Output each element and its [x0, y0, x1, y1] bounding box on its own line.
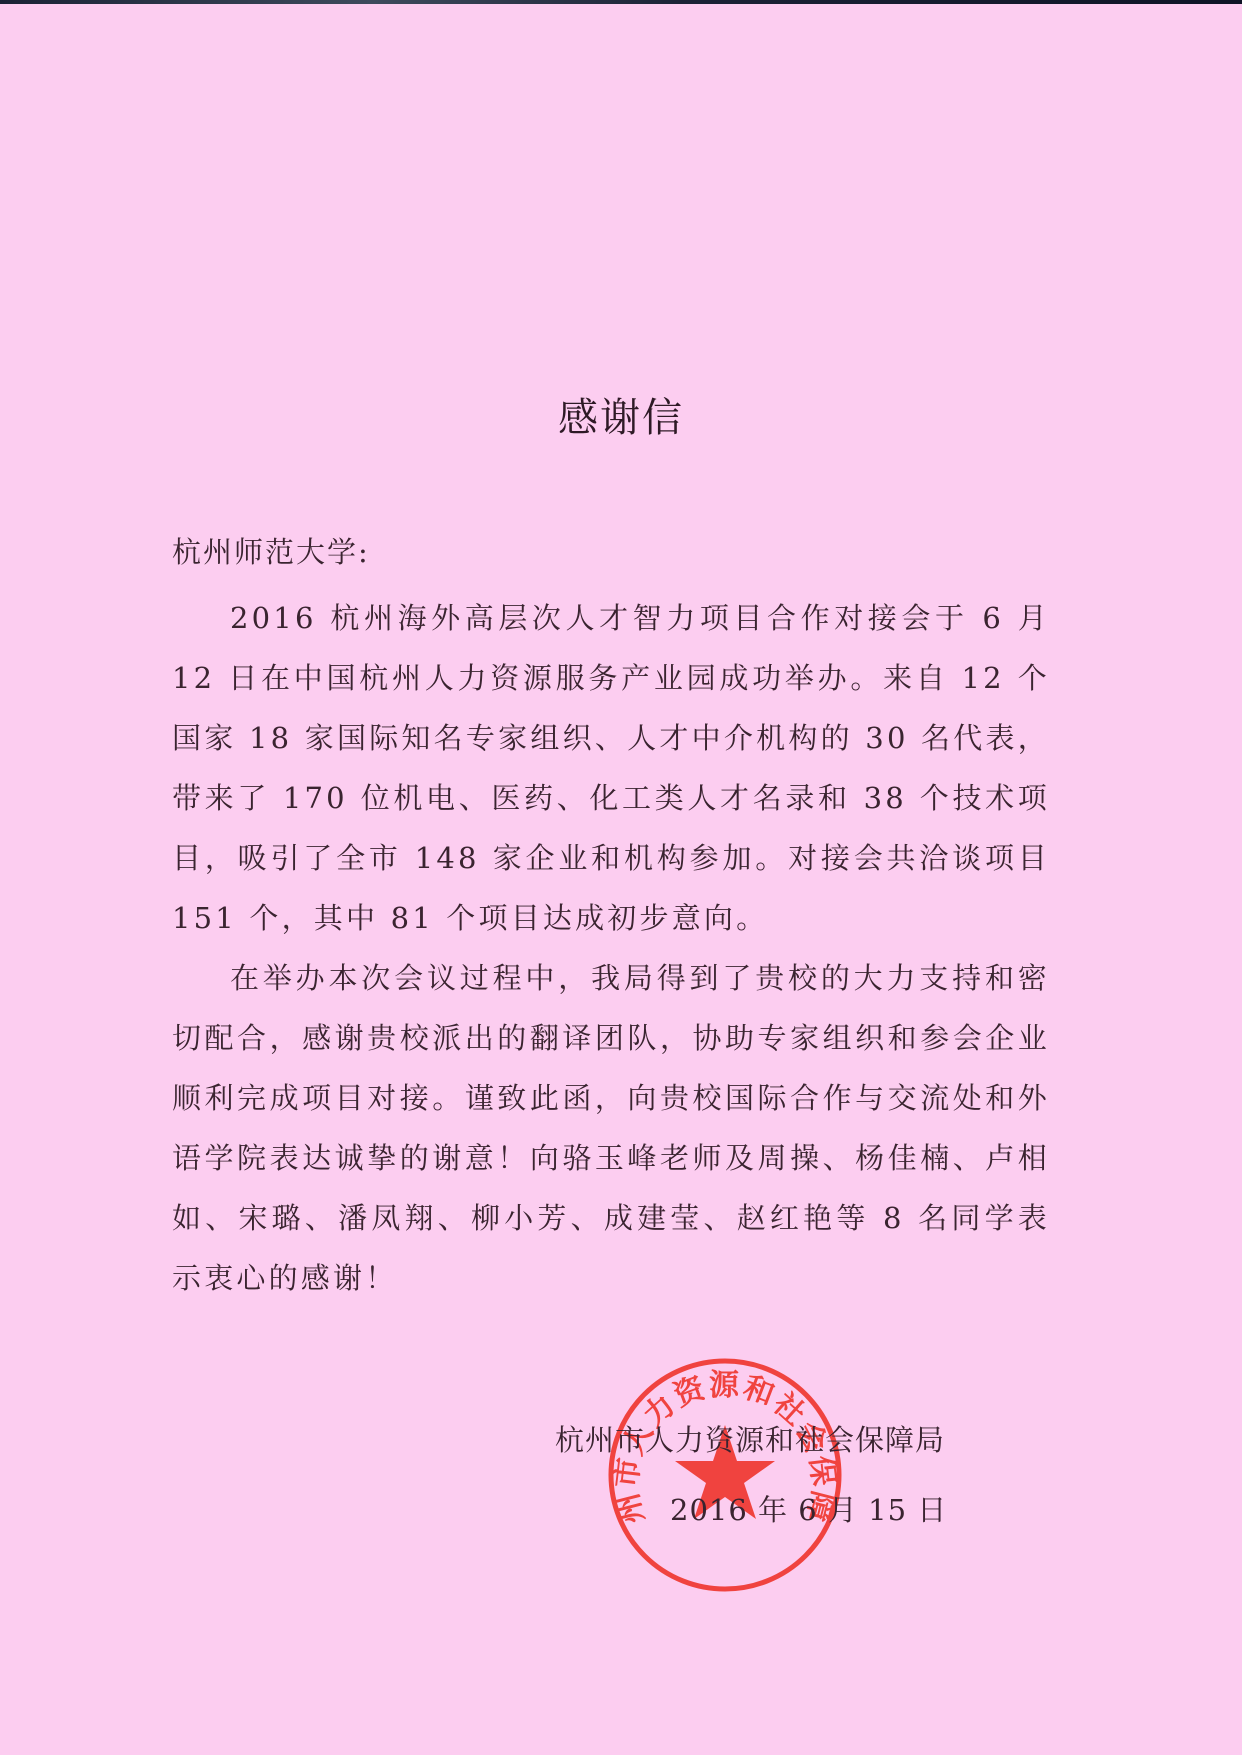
paragraph-1: 2016 杭州海外高层次人才智力项目合作对接会于 6 月 12 日在中国杭州人力… [172, 588, 1050, 948]
official-seal: 杭州市人力资源和社会保障局 [605, 1355, 845, 1595]
salutation: 杭州师范大学: [172, 530, 370, 571]
signer: 杭州市人力资源和社会保障局 [555, 1418, 945, 1459]
paragraph-2: 在举办本次会议过程中，我局得到了贵校的大力支持和密切配合，感谢贵校派出的翻译团队… [172, 948, 1050, 1308]
scan-edge [0, 0, 1242, 4]
signing-date: 2016 年 6 月 15 日 [670, 1488, 947, 1529]
document-title: 感谢信 [0, 386, 1242, 443]
letter-body: 2016 杭州海外高层次人才智力项目合作对接会于 6 月 12 日在中国杭州人力… [172, 588, 1050, 1308]
